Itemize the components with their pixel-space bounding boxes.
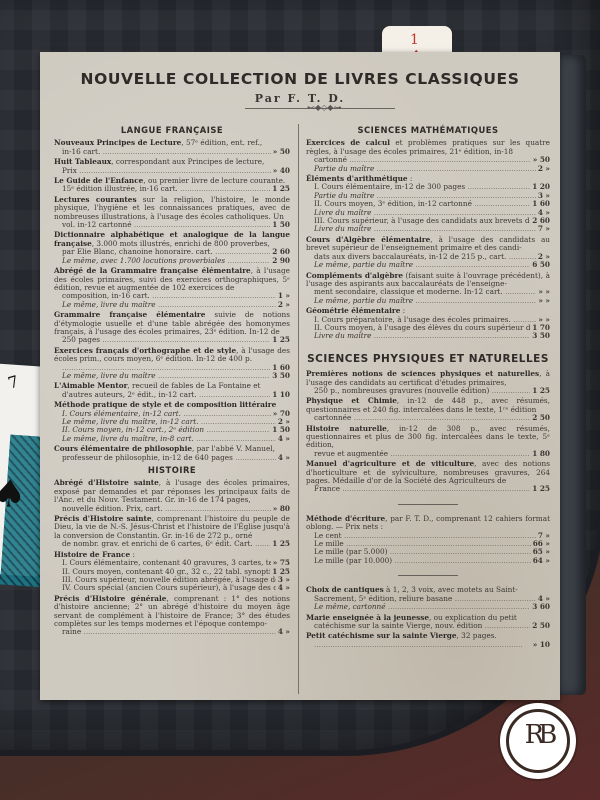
- price: » 80: [271, 505, 290, 513]
- price: 1 25: [530, 485, 550, 493]
- catalog-entry: Premières notions de sciences physiques …: [306, 370, 550, 395]
- price-line: Le même, livre du maître3 50: [54, 372, 290, 380]
- price-line: II. Cours moyen, 3ᵉ édition, in-12 carto…: [306, 200, 550, 208]
- catalog-entry: Physique et Chimie, in-12 de 448 p., ave…: [306, 397, 550, 422]
- entry-description: , 32 pages.: [457, 631, 497, 640]
- catalog-entry: Manuel d'agriculture et de viticulture, …: [306, 460, 550, 494]
- price-line-description: I. Cours préparatoire, à l'usage des éco…: [314, 316, 536, 324]
- entry-title: Nouveaux Principes de Lecture: [54, 138, 181, 147]
- price-line: par Elie Blanc, chanoine honoraire. cart…: [54, 248, 290, 256]
- price: 1 25: [270, 336, 290, 344]
- price-line-description: professeur de philosophie, in-12 de 640 …: [62, 454, 276, 462]
- price-line-description: IV. Cours spécial (ancien Cours supérieu…: [62, 584, 276, 592]
- price-line: Le même, livre du maître, in-8 cart.4 »: [54, 435, 290, 443]
- left-column: LANGUE FRANÇAISENouveaux Principes de Le…: [54, 122, 290, 639]
- right-column: SCIENCES MATHÉMATIQUESExercices de calcu…: [306, 122, 550, 651]
- entry-description: , recueil de fables de La Fontaine et: [127, 381, 260, 390]
- price: » 50: [271, 148, 290, 156]
- price-line-description: 15ᵉ édition illustrée, in-16 cart.: [62, 185, 270, 193]
- price-line-description: Le même, livre du maître: [62, 372, 270, 380]
- price-line: III. Cours supérieur, nouvelle édition a…: [54, 576, 290, 584]
- catalog-entry: Petit catéchisme sur la sainte Vierge, 3…: [306, 632, 550, 649]
- price-line: Livre du maître7 »: [306, 225, 550, 233]
- book-back-cover: NOUVELLE COLLECTION DE LIVRES CLASSIQUES…: [40, 52, 560, 700]
- catalog-entry: Méthode pratique de style et de composit…: [54, 401, 290, 443]
- price-line-description: I. Cours élémentaire, in-12 cart.: [62, 410, 271, 418]
- catalog-entry: Exercices de calcul et problèmes pratiqu…: [306, 139, 550, 173]
- price-line-description: France: [314, 485, 530, 493]
- price-line-description: Partie du maître: [314, 165, 536, 173]
- price-line-description: dats aux divers baccalauréats, in-12 de …: [314, 253, 536, 261]
- price-line-description: par Elie Blanc, chanoine honoraire. cart…: [62, 248, 270, 256]
- price-line-description: III. Cours supérieur, à l'usage des cand…: [314, 217, 530, 225]
- price-line-description: ment secondaire, classique et moderne. I…: [314, 288, 536, 296]
- price-line-description: composition, in-16 cart.: [62, 292, 276, 300]
- price-line: dats aux divers baccalauréats, in-12 de …: [306, 253, 550, 261]
- section-rule: [398, 575, 458, 576]
- price: 1 80: [530, 450, 550, 458]
- price-line: raine4 »: [54, 628, 290, 636]
- entry-title: Géométrie élémentaire: [306, 306, 400, 315]
- price: » 10: [531, 641, 550, 649]
- price-line-description: II. Cours moyen, 3ᵉ édition, in-12 carto…: [314, 200, 530, 208]
- price-line: II. Cours moyen, à l'usage des élèves du…: [306, 324, 550, 332]
- price-line: Le mille66 »: [306, 540, 550, 548]
- catalog-entry: Nouveaux Principes de Lecture, 57ᵉ éditi…: [54, 139, 290, 156]
- price: 4 »: [276, 435, 290, 443]
- price-line-description: Le même, cartonné: [314, 603, 530, 611]
- entry-title: L'Aimable Mentor: [54, 381, 127, 390]
- price-line: Partie du maître3 »: [306, 192, 550, 200]
- price: 1 50: [270, 221, 290, 229]
- price-line-description: nouvelle édition. Prix, cart.: [62, 505, 271, 513]
- price-line-description: Le mille: [314, 540, 531, 548]
- entry-description: :: [400, 306, 405, 315]
- price-line: de nombr. grav. et enrichi de 6 cartes, …: [54, 540, 290, 548]
- price-line-description: 250 p., nombreuses gravures (nouvelle éd…: [314, 387, 530, 395]
- entry-title: Marie enseignée à la jeunesse: [306, 613, 429, 622]
- price: 1 25: [270, 185, 290, 193]
- price-line-description: Livre du maître: [314, 332, 530, 340]
- price-line-description: raine: [62, 628, 276, 636]
- entry-title: Histoire de France: [54, 550, 130, 559]
- price-line: cartonnée2 50: [306, 414, 550, 422]
- price-line-description: catéchisme sur la sainte Vierge, nouv. é…: [314, 622, 530, 630]
- price-line: ment secondaire, classique et moderne. I…: [306, 288, 550, 296]
- price-line-description: Le même, avec 1.700 locutions proverbial…: [62, 257, 270, 265]
- price-line: II. Cours moyen, contenant 40 gr., 32 c.…: [54, 568, 290, 576]
- price-line: revue et augmentée1 80: [306, 450, 550, 458]
- price-line-description: Le même, livre du maître, in-8 cart.: [62, 435, 276, 443]
- price-line: France1 25: [306, 485, 550, 493]
- price: 1 25: [270, 540, 290, 548]
- price-line: nouvelle édition. Prix, cart.» 80: [54, 505, 290, 513]
- price-line-description: vol. in-12 cartonné: [62, 221, 270, 229]
- price: 2 50: [530, 414, 550, 422]
- price-line: 1 60: [54, 364, 290, 372]
- catalog-entry: Précis d'Histoire sainte, comprenant l'h…: [54, 515, 290, 549]
- price-line: 250 pages1 25: [54, 336, 290, 344]
- section-heading: LANGUE FRANÇAISE: [54, 126, 290, 134]
- price-line-description: I. Cours élémentaire, in-12 de 300 pages: [314, 183, 530, 191]
- price-line-description: d'autres auteurs, 2ᵉ édit., in-12 cart.: [62, 391, 270, 399]
- price-line-description: II. Cours moyen, contenant 40 gr., 32 c.…: [62, 568, 270, 576]
- catalog-entry: Exercices français d'orthographe et de s…: [54, 347, 290, 381]
- section-heading: SCIENCES MATHÉMATIQUES: [306, 126, 550, 134]
- price-line-description: Le mille (par 10.000): [314, 557, 531, 565]
- price: 2 »: [276, 301, 290, 309]
- price-line-description: II. Cours moyen, à l'usage des élèves du…: [314, 324, 530, 332]
- entry-description: :: [130, 550, 135, 559]
- price-line-description: Partie du maître: [314, 192, 536, 200]
- entry-description: , par l'abbé V. Manuel,: [192, 444, 275, 453]
- entry-description: à 1, 2, 3 voix, avec motets au Saint-: [384, 585, 518, 594]
- price-line: Le mille (par 5.000)65 »: [306, 548, 550, 556]
- price-line-description: Livre du maître: [314, 225, 536, 233]
- price: 1 10: [270, 391, 290, 399]
- price-line: Livre du maître4 »: [306, 209, 550, 217]
- catalog-entry: Éléments d'arithmétique :I. Cours élémen…: [306, 175, 550, 234]
- catalog-entry: Histoire naturelle, in-12 de 308 p., ave…: [306, 425, 550, 459]
- catalog-entry: Méthode d'écriture, par F. T. D., compre…: [306, 515, 550, 565]
- spade-card-index: 7: [6, 372, 21, 393]
- price: 2 50: [530, 622, 550, 630]
- cover-byline: Par F. T. D.: [40, 92, 560, 105]
- entry-description: , 3.000 mots illustrés, enrichi de 800 p…: [92, 239, 270, 248]
- price: 4 »: [276, 584, 290, 592]
- logo-monogram: RB: [500, 720, 576, 750]
- price-line: Partie du maître2 »: [306, 165, 550, 173]
- price-line: III. Cours supérieur, à l'usage des cand…: [306, 217, 550, 225]
- catalog-entry: Dictionnaire alphabétique et analogique …: [54, 231, 290, 265]
- price: 7 »: [536, 225, 550, 233]
- catalog-entry: Grammaire française élémentaire suivie d…: [54, 311, 290, 345]
- price-line-description: [314, 641, 531, 649]
- catalog-entry: Le Guide de l'Enfance, ou premier livre …: [54, 177, 290, 194]
- entry-title: Méthode pratique de style et de composit…: [54, 400, 276, 409]
- price-line-description: I. Cours élémentaire, contenant 40 gravu…: [62, 559, 271, 567]
- price-line: » 10: [306, 641, 550, 649]
- price-line: Le mille (par 10.000)64 »: [306, 557, 550, 565]
- price-line-description: Le même, partie du maître: [314, 297, 536, 305]
- price-line-description: de nombr. grav. et enrichi de 6 cartes, …: [62, 540, 270, 548]
- spade-icon: ♠: [0, 474, 28, 514]
- price: 3 50: [530, 332, 550, 340]
- price-line: I. Cours élémentaire, contenant 40 gravu…: [54, 559, 290, 567]
- price-line: I. Cours élémentaire, in-12 de 300 pages…: [306, 183, 550, 191]
- price-line: in-16 cart.» 50: [54, 148, 290, 156]
- entry-description: , ou explication du petit: [429, 613, 517, 622]
- price-line: Le même, livre du maître2 »: [54, 301, 290, 309]
- price-line-description: Le même, livre du maître: [62, 301, 276, 309]
- price-line: 15ᵉ édition illustrée, in-16 cart.1 25: [54, 185, 290, 193]
- price: 2 90: [270, 257, 290, 265]
- price: 6 50: [530, 261, 550, 269]
- price: 3 60: [530, 603, 550, 611]
- entry-title: Huit Tableaux: [54, 157, 111, 166]
- price-line: Le même, livre du maître, in-12 cart.2 »: [54, 418, 290, 426]
- price-line: Le même, avec 1.700 locutions proverbial…: [54, 257, 290, 265]
- section-heading: HISTOIRE: [54, 466, 290, 474]
- entry-description: , ou premier livre de lecture courante.: [143, 176, 285, 185]
- price-line-description: Le même, partie du maître: [314, 261, 530, 269]
- price-line-description: Prix: [62, 167, 271, 175]
- price-line-description: Livre du maître: [314, 209, 536, 217]
- entry-description: :: [408, 174, 413, 183]
- price-line-description: cartonné: [314, 156, 531, 164]
- price-line-description: Sacrement, 5ᵉ édition, reliure basane: [314, 595, 536, 603]
- entry-description: , 57ᵉ édition, ent. ref.,: [181, 138, 262, 147]
- price-line-description: revue et augmentée: [314, 450, 530, 458]
- catalog-entry: Cours élémentaire de philosophie, par l'…: [54, 445, 290, 462]
- price: » »: [536, 297, 550, 305]
- price-line: composition, in-16 cart.1 »: [54, 292, 290, 300]
- price-line: Le même, partie du maître6 50: [306, 261, 550, 269]
- price-line: Prix» 40: [54, 167, 290, 175]
- price-line: vol. in-12 cartonné1 50: [54, 221, 290, 229]
- catalog-entry: Géométrie élémentaire :I. Cours préparat…: [306, 307, 550, 341]
- entry-title: Le Guide de l'Enfance: [54, 176, 143, 185]
- section-heading: SCIENCES PHYSIQUES ET NATURELLES: [306, 355, 550, 363]
- catalog-entry: Histoire de France :I. Cours élémentaire…: [54, 551, 290, 593]
- ornament-icon: ⊷◆◇◆⊶: [307, 103, 341, 112]
- price-line: Le même, cartonné3 60: [306, 603, 550, 611]
- price-line: IV. Cours spécial (ancien Cours supérieu…: [54, 584, 290, 592]
- price-line: I. Cours préparatoire, à l'usage des éco…: [306, 316, 550, 324]
- catalog-entry: Compléments d'algèbre (faisant suite à l…: [306, 272, 550, 306]
- catalog-entry: Cours d'Algèbre élémentaire, à l'usage d…: [306, 236, 550, 270]
- price-line: Sacrement, 5ᵉ édition, reliure basane4 »: [306, 595, 550, 603]
- price-line-description: Le même, livre du maître, in-12 cart.: [62, 418, 276, 426]
- section-rule: [398, 504, 458, 505]
- price-line-description: II. Cours moyen, in-12 cart., 2ᵉ édition: [62, 426, 270, 434]
- entry-title: Éléments d'arithmétique: [306, 174, 408, 183]
- entry-title: Choix de cantiques: [306, 585, 384, 594]
- price-line-description: 250 pages: [62, 336, 270, 344]
- price-line: d'autres auteurs, 2ᵉ édit., in-12 cart.1…: [54, 391, 290, 399]
- catalog-entry: Marie enseignée à la jeunesse, ou explic…: [306, 614, 550, 631]
- price: 4 »: [276, 454, 290, 462]
- price-line: catéchisme sur la sainte Vierge, nouv. é…: [306, 622, 550, 630]
- column-divider: [298, 124, 299, 694]
- ornament-divider: ⊷◆◇◆⊶: [245, 108, 395, 109]
- cover-title: NOUVELLE COLLECTION DE LIVRES CLASSIQUES: [40, 70, 560, 88]
- catalog-entry: Lectures courantes sur la religion, l'hi…: [54, 196, 290, 230]
- price-line: 250 p., nombreuses gravures (nouvelle éd…: [306, 387, 550, 395]
- price-line-description: Le cent: [314, 532, 536, 540]
- entry-title: Petit catéchisme sur la sainte Vierge: [306, 631, 457, 640]
- catalog-entry: Précis d'Histoire générale, comprenant :…: [54, 595, 290, 637]
- price-line: Le même, partie du maître» »: [306, 297, 550, 305]
- price-line-description: [62, 364, 270, 372]
- entry-description: , correspondant aux Principes de lecture…: [111, 157, 264, 166]
- price: 1 25: [530, 387, 550, 395]
- price: » 40: [271, 167, 290, 175]
- price-line-description: Le mille (par 5.000): [314, 548, 531, 556]
- catalog-entry: Choix de cantiques à 1, 2, 3 voix, avec …: [306, 586, 550, 611]
- price: 3 50: [270, 372, 290, 380]
- price-line-description: III. Cours supérieur, nouvelle édition a…: [62, 576, 276, 584]
- catalog-entry: Abrégé d'Histoire sainte, à l'usage des …: [54, 479, 290, 513]
- price-line: cartonné» 50: [306, 156, 550, 164]
- price-line: II. Cours moyen, in-12 cart., 2ᵉ édition…: [54, 426, 290, 434]
- catalog-entry: Abrégé de la Grammaire française élément…: [54, 267, 290, 309]
- catalog-entry: L'Aimable Mentor, recueil de fables de L…: [54, 382, 290, 399]
- catalog-entry: Huit Tableaux, correspondant aux Princip…: [54, 158, 290, 175]
- price: 2 »: [536, 165, 550, 173]
- price-line: I. Cours élémentaire, in-12 cart.» 70: [54, 410, 290, 418]
- rb-monogram-logo: RB: [500, 703, 576, 779]
- price-line-description: in-16 cart.: [62, 148, 271, 156]
- price-line: Livre du maître3 50: [306, 332, 550, 340]
- price-line: Le cent7 »: [306, 532, 550, 540]
- price-line: professeur de philosophie, in-12 de 640 …: [54, 454, 290, 462]
- price-line-description: cartonnée: [314, 414, 530, 422]
- price: 64 »: [531, 557, 550, 565]
- price: 4 »: [276, 628, 290, 636]
- entry-title: Cours élémentaire de philosophie: [54, 444, 192, 453]
